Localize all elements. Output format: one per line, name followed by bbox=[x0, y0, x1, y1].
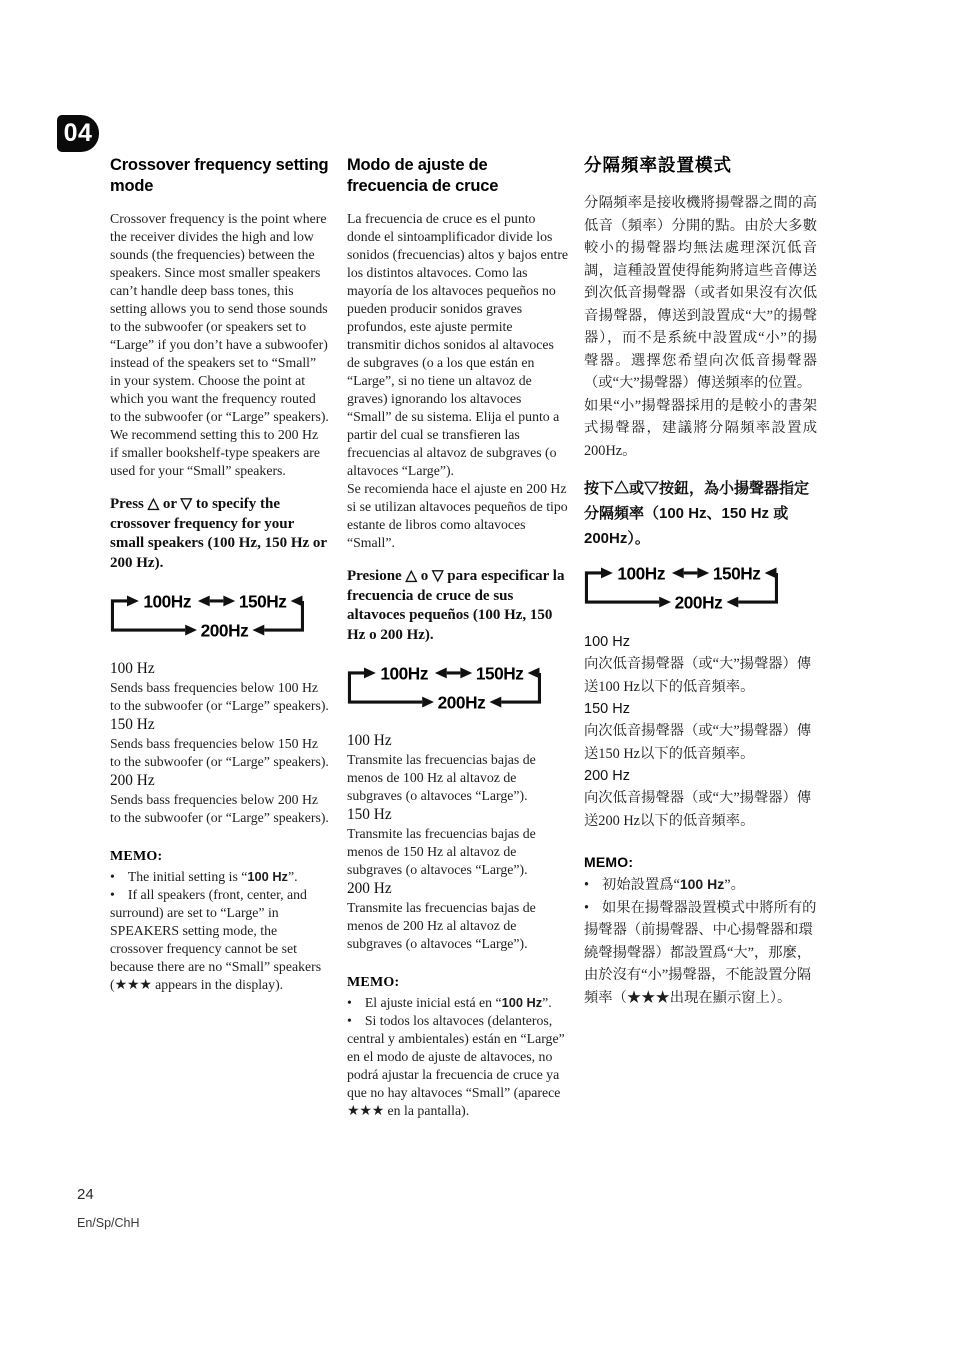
page-number: 24 bbox=[77, 1186, 94, 1203]
intro-paragraph-2: 如果“小”揚聲器採用的是較小的書架式揚聲器，建議將分隔頻率設置成200Hz。 bbox=[584, 395, 817, 463]
entry-heading: 150 Hz bbox=[584, 698, 817, 720]
memo-title: MEMO: bbox=[110, 849, 329, 865]
memo-text: ”。 bbox=[724, 877, 745, 893]
memo-item: •If all speakers (front, center, and sur… bbox=[110, 886, 329, 994]
entry-body: Sends bass frequencies below 100 Hz to t… bbox=[110, 679, 329, 715]
freq-label-150: 150Hz bbox=[239, 591, 287, 611]
section-title-zh: 分隔頻率設置模式 bbox=[584, 155, 817, 176]
entry-heading: 200 Hz bbox=[584, 765, 817, 787]
entry-body: 向次低音揚聲器（或“大”揚聲器）傳送150 Hz以下的低音頻率。 bbox=[584, 720, 817, 765]
frequency-cycle-diagram: 100Hz 150Hz 200Hz bbox=[107, 589, 329, 647]
freq-label-200: 200Hz bbox=[201, 620, 249, 640]
freq-label-150: 150Hz bbox=[713, 563, 761, 583]
frequency-cycle-diagram: 100Hz 150Hz 200Hz bbox=[344, 661, 569, 719]
memo-item: •The initial setting is “100 Hz”. bbox=[110, 868, 329, 886]
section-title-en: Crossover frequency setting mode bbox=[110, 155, 329, 197]
cycle-diagram-svg: 100Hz 150Hz 200Hz bbox=[344, 661, 544, 714]
intro-paragraph: La frecuencia de cruce es el punto donde… bbox=[347, 210, 569, 480]
footer-language-label: En/Sp/ChH bbox=[77, 1216, 140, 1230]
memo-item: •初始設置爲“100 Hz”。 bbox=[584, 873, 817, 897]
entry-heading: 100 Hz bbox=[347, 731, 569, 751]
entry-200hz: 200 Hz Sends bass frequencies below 200 … bbox=[110, 771, 329, 827]
bullet-icon: • bbox=[347, 994, 352, 1012]
memo-title: MEMO: bbox=[584, 854, 817, 870]
cycle-labels: 100Hz 150Hz 200Hz bbox=[617, 563, 761, 612]
cycle-labels: 100Hz 150Hz 200Hz bbox=[380, 663, 524, 712]
freq-label-100: 100Hz bbox=[380, 663, 428, 683]
memo-bold-value: 100 Hz bbox=[502, 995, 543, 1010]
memo-text: Si todos los altavoces (delanteros, cent… bbox=[347, 1013, 565, 1118]
freq-label-200: 200Hz bbox=[675, 592, 723, 612]
entry-150hz: 150 Hz 向次低音揚聲器（或“大”揚聲器）傳送150 Hz以下的低音頻率。 bbox=[584, 698, 817, 765]
memo-text: If all speakers (front, center, and surr… bbox=[110, 887, 321, 992]
memo-text: 初始設置爲“ bbox=[602, 877, 680, 893]
entry-100hz: 100 Hz Transmite las frecuencias bajas d… bbox=[347, 731, 569, 805]
intro-paragraph: Crossover frequency is the point where t… bbox=[110, 210, 329, 426]
intro-paragraph-2: We recommend setting this to 200 Hz if s… bbox=[110, 426, 329, 480]
bullet-icon: • bbox=[584, 874, 589, 897]
entry-body: Sends bass frequencies below 150 Hz to t… bbox=[110, 735, 329, 771]
bullet-icon: • bbox=[110, 886, 115, 904]
bullet-icon: • bbox=[347, 1012, 352, 1030]
bullet-icon: • bbox=[110, 868, 115, 886]
intro-paragraph-2: Se recomienda hace el ajuste en 200 Hz s… bbox=[347, 480, 569, 552]
step-instruction: Presione △ o ▽ para especificar la frecu… bbox=[347, 567, 569, 645]
column-english: Crossover frequency setting mode Crossov… bbox=[110, 155, 329, 994]
memo-section: MEMO: •El ajuste inicial está en “100 Hz… bbox=[347, 975, 569, 1120]
memo-item: •Si todos los altavoces (delanteros, cen… bbox=[347, 1012, 569, 1120]
entry-body: Transmite las frecuencias bajas de menos… bbox=[347, 899, 569, 953]
entry-100hz: 100 Hz 向次低音揚聲器（或“大”揚聲器）傳送100 Hz以下的低音頻率。 bbox=[584, 631, 817, 698]
entry-body: Transmite las frecuencias bajas de menos… bbox=[347, 751, 569, 805]
entry-heading: 200 Hz bbox=[347, 879, 569, 899]
entry-body: Sends bass frequencies below 200 Hz to t… bbox=[110, 791, 329, 827]
memo-bold-value: 100 Hz bbox=[247, 869, 288, 884]
memo-item: •El ajuste inicial está en “100 Hz”. bbox=[347, 994, 569, 1012]
memo-section: MEMO: •The initial setting is “100 Hz”. … bbox=[110, 849, 329, 994]
entry-heading: 150 Hz bbox=[110, 715, 329, 735]
freq-label-200: 200Hz bbox=[438, 692, 486, 712]
entry-heading: 200 Hz bbox=[110, 771, 329, 791]
step-instruction: Press △ or ▽ to specify the crossover fr… bbox=[110, 495, 329, 573]
entry-200hz: 200 Hz Transmite las frecuencias bajas d… bbox=[347, 879, 569, 953]
entry-150hz: 150 Hz Transmite las frecuencias bajas d… bbox=[347, 805, 569, 879]
manual-page: 04 Crossover frequency setting mode Cros… bbox=[0, 0, 954, 1351]
column-chinese: 分隔頻率設置模式 分隔頻率是接收機將揚聲器之間的高低音（頻率）分開的點。由於大多… bbox=[584, 155, 817, 1009]
intro-paragraph: 分隔頻率是接收機將揚聲器之間的高低音（頻率）分開的點。由於大多數較小的揚聲器均無… bbox=[584, 192, 817, 395]
memo-item: •如果在揚聲器設置模式中將所有的揚聲器（前揚聲器、中心揚聲器和環繞聲揚聲器）都設… bbox=[584, 897, 817, 1010]
memo-text: ”. bbox=[542, 995, 552, 1010]
freq-label-100: 100Hz bbox=[143, 591, 191, 611]
chapter-number: 04 bbox=[64, 119, 93, 148]
freq-label-150: 150Hz bbox=[476, 663, 524, 683]
memo-section: MEMO: •初始設置爲“100 Hz”。 •如果在揚聲器設置模式中將所有的揚聲… bbox=[584, 854, 817, 1009]
column-spanish: Modo de ajuste de frecuencia de cruce La… bbox=[347, 155, 569, 1120]
entry-heading: 150 Hz bbox=[347, 805, 569, 825]
freq-label-100: 100Hz bbox=[617, 563, 665, 583]
memo-text: The initial setting is “ bbox=[128, 869, 248, 884]
entry-150hz: 150 Hz Sends bass frequencies below 150 … bbox=[110, 715, 329, 771]
memo-bold-value: 100 Hz bbox=[680, 876, 724, 892]
entry-body: 向次低音揚聲器（或“大”揚聲器）傳送100 Hz以下的低音頻率。 bbox=[584, 653, 817, 698]
chapter-badge: 04 bbox=[57, 115, 99, 152]
entry-200hz: 200 Hz 向次低音揚聲器（或“大”揚聲器）傳送200 Hz以下的低音頻率。 bbox=[584, 765, 817, 832]
entry-body: 向次低音揚聲器（或“大”揚聲器）傳送200 Hz以下的低音頻率。 bbox=[584, 787, 817, 832]
entry-heading: 100 Hz bbox=[584, 631, 817, 653]
entry-body: Transmite las frecuencias bajas de menos… bbox=[347, 825, 569, 879]
cycle-labels: 100Hz 150Hz 200Hz bbox=[143, 591, 287, 640]
section-title-es: Modo de ajuste de frecuencia de cruce bbox=[347, 155, 569, 197]
memo-text: ”. bbox=[288, 869, 298, 884]
memo-text: 如果在揚聲器設置模式中將所有的揚聲器（前揚聲器、中心揚聲器和環繞聲揚聲器）都設置… bbox=[584, 900, 816, 1006]
memo-title: MEMO: bbox=[347, 975, 569, 991]
entry-heading: 100 Hz bbox=[110, 659, 329, 679]
cycle-diagram-svg: 100Hz 150Hz 200Hz bbox=[581, 561, 781, 614]
entry-100hz: 100 Hz Sends bass frequencies below 100 … bbox=[110, 659, 329, 715]
cycle-diagram-svg: 100Hz 150Hz 200Hz bbox=[107, 589, 307, 642]
frequency-cycle-diagram: 100Hz 150Hz 200Hz bbox=[581, 561, 817, 619]
step-instruction: 按下△或▽按鈕，為小揚聲器指定分隔頻率（100 Hz、150 Hz 或200Hz… bbox=[584, 476, 817, 551]
bullet-icon: • bbox=[584, 897, 589, 920]
memo-text: El ajuste inicial está en “ bbox=[365, 995, 502, 1010]
